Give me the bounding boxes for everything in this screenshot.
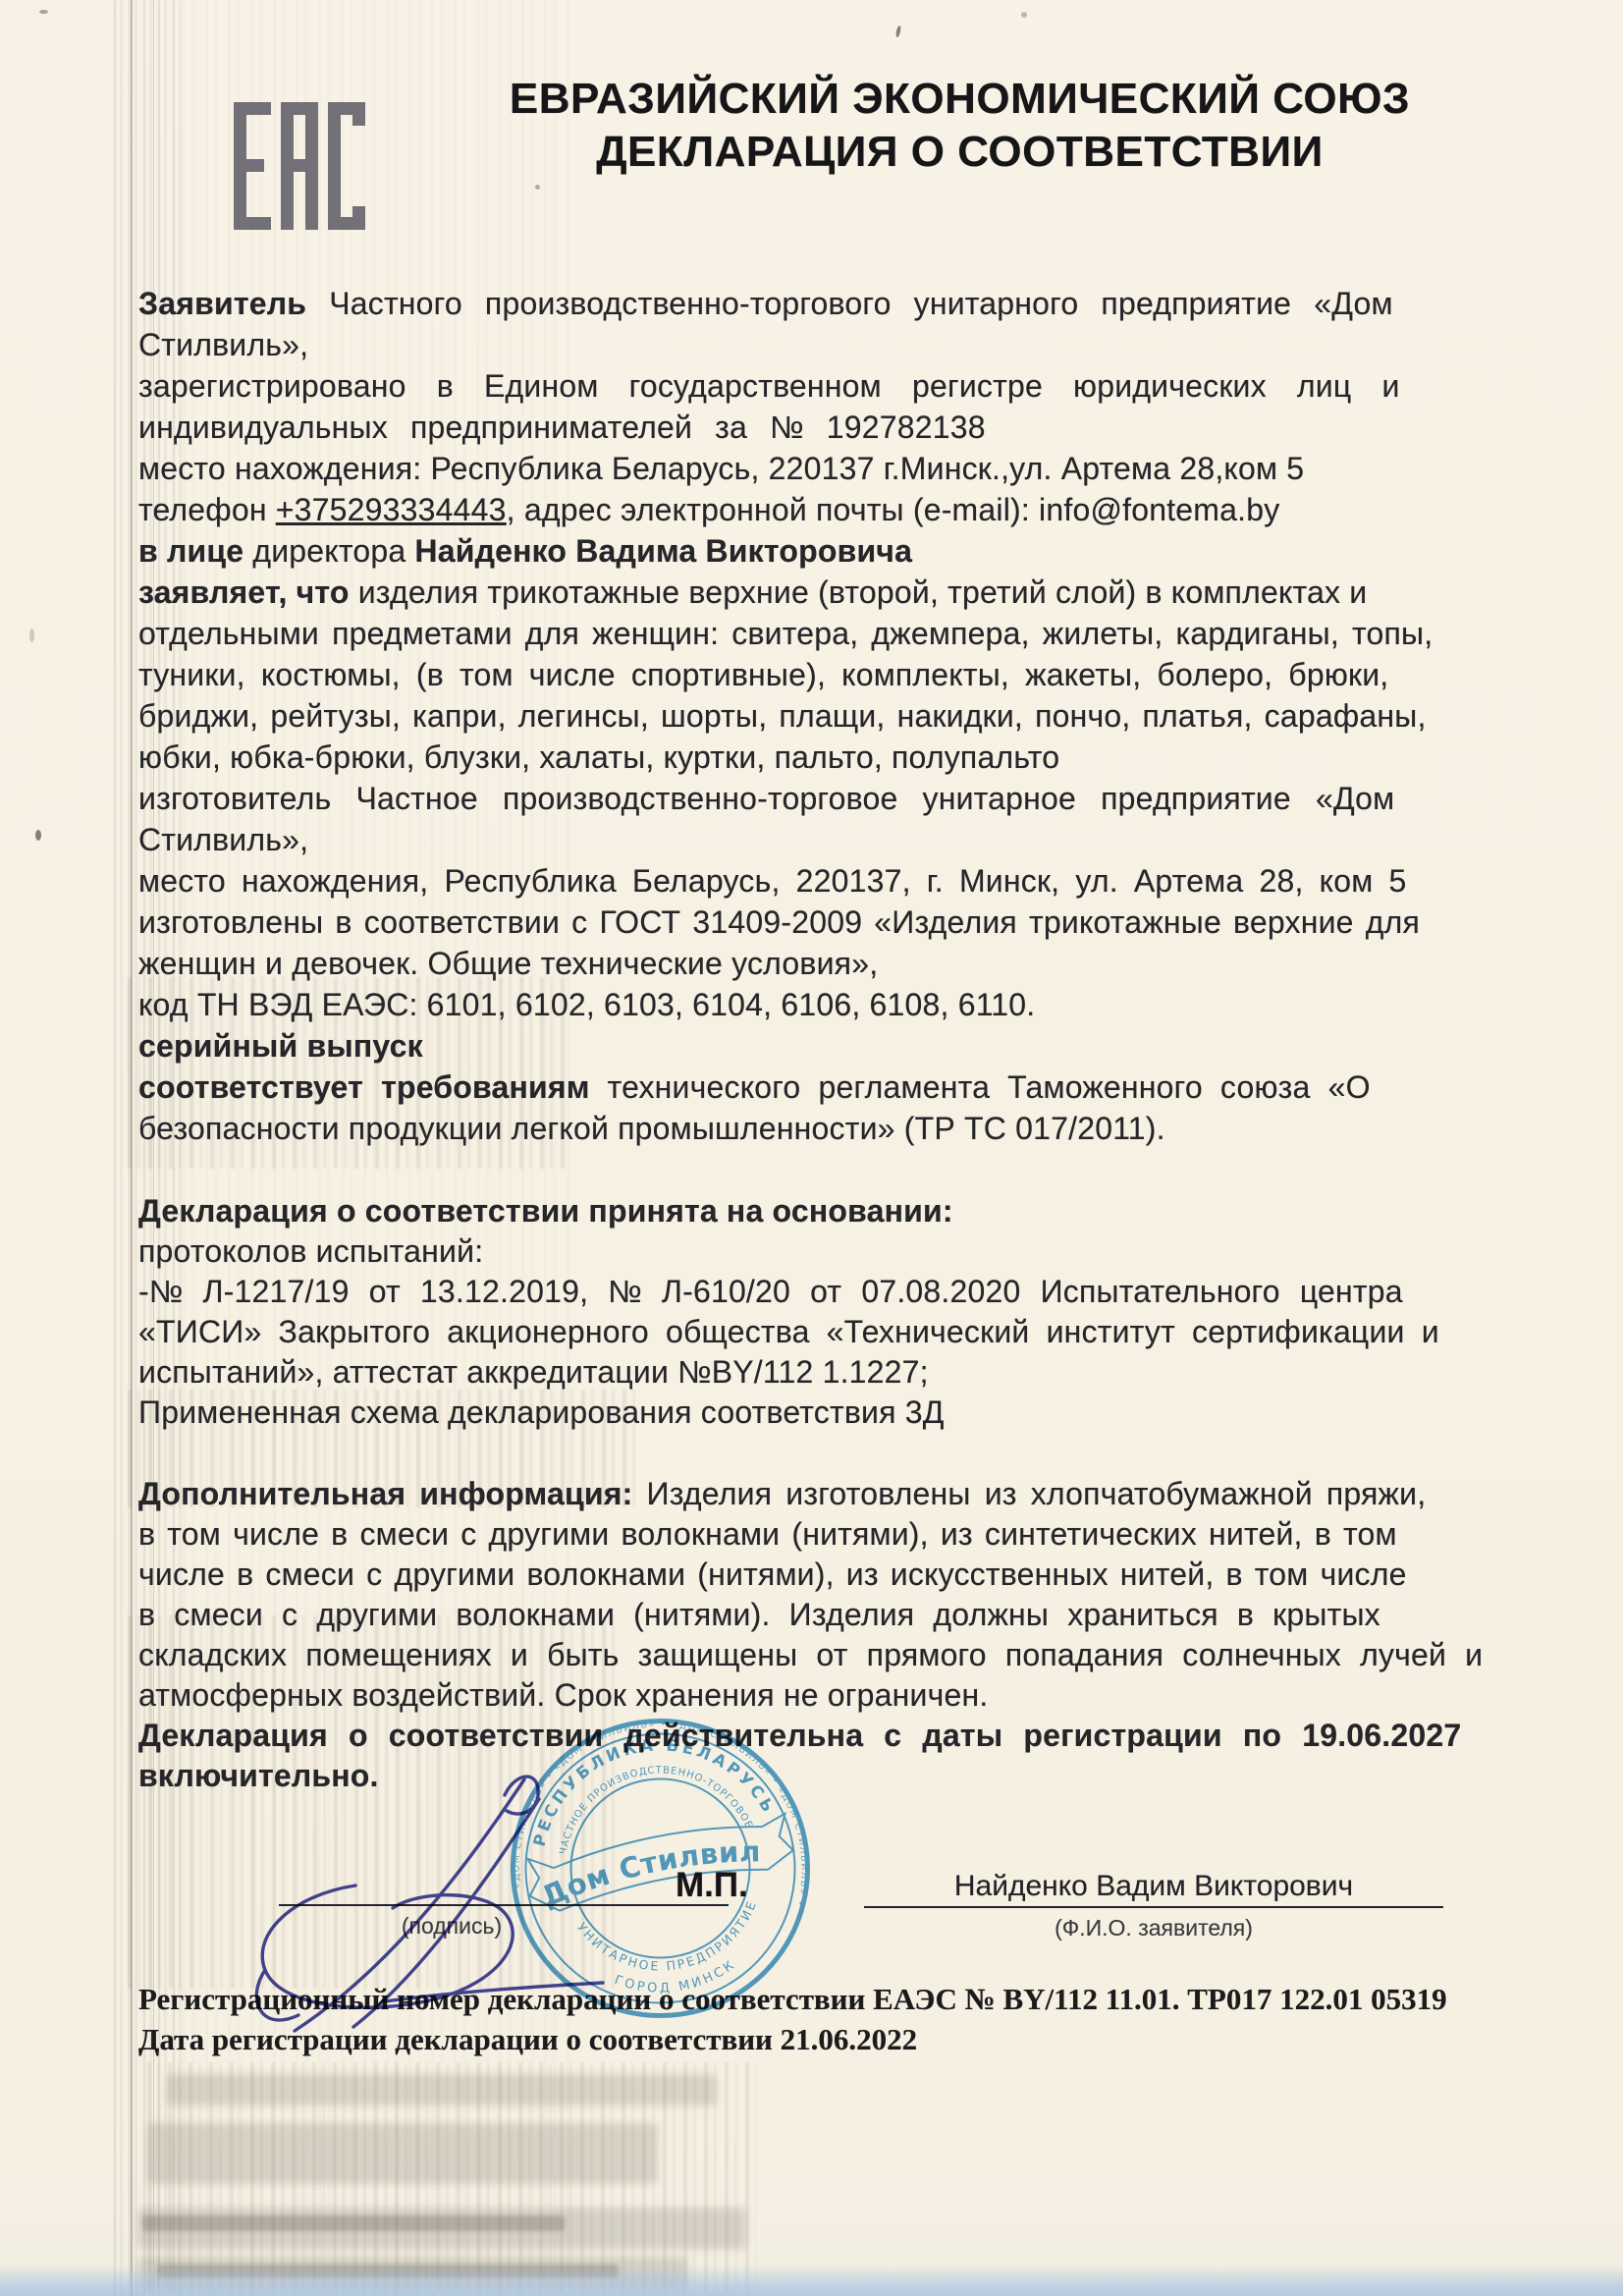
text-segment: в смеси с другими волокнами (нитями). Из… [138,1597,1380,1632]
document-title: ЕВРАЗИЙСКИЙ ЭКОНОМИЧЕСКИЙ СОЮЗ ДЕКЛАРАЦИ… [496,73,1424,179]
text-segment: код ТН ВЭД ЕАЭС: 6101, 6102, 6103, 6104,… [138,987,1035,1022]
bleed-through-smudge [167,2074,717,2105]
text-line: телефон +375293334443, адрес электронной… [138,489,1623,530]
text-segment: заявляет, что [138,574,350,610]
text-segment: изделия трикотажные верхние (второй, тре… [350,574,1368,610]
text-line: складских помещениях и быть защищены от … [138,1635,1623,1675]
text-line: код ТН ВЭД ЕАЭС: 6101, 6102, 6103, 6104,… [138,984,1623,1025]
text-segment: зарегистрировано в Едином государственно… [138,368,1400,404]
text-line: атмосферных воздействий. Срок хранения н… [138,1675,1623,1716]
text-segment: -№ Л-1217/19 от 13.12.2019, № Л-610/20 о… [138,1274,1403,1309]
scan-streak-patch [147,2062,756,2293]
text-segment: Частного производственно-торгового унита… [306,286,1393,321]
text-line: -№ Л-1217/19 от 13.12.2019, № Л-610/20 о… [138,1272,1623,1312]
scan-speck [1021,12,1027,18]
text-line: соответствует требованиям технического р… [138,1066,1623,1108]
fio-label: (Ф.И.О. заявителя) [864,1915,1443,1941]
eac-logo-icon [234,102,365,230]
text-line: «ТИСИ» Закрытого акционерного общества «… [138,1312,1623,1352]
bleed-through-smudge [142,2215,565,2231]
scan-speck [535,185,540,190]
text-segment: испытаний», аттестат аккредитации №BY/11… [138,1354,929,1390]
text-segment: телефон [138,492,276,527]
text-line: Декларация о соответствии действительна … [138,1716,1623,1756]
declaration-basis-text: Декларация о соответствии принята на осн… [138,1191,1623,1433]
text-segment: место нахождения, Республика Беларусь, 2… [138,863,1407,899]
text-line: Заявитель Частного производственно-торго… [138,283,1623,324]
text-segment: изготовитель Частное производственно-тор… [138,781,1394,816]
text-line: Стилвиль», [138,324,1623,365]
title-line-2: ДЕКЛАРАЦИЯ О СООТВЕТСТВИИ [496,126,1424,179]
text-segment: изготовлены в соответствии с ГОСТ 31409-… [138,904,1420,940]
text-line: серийный выпуск [138,1025,1623,1066]
text-line: место нахождения, Республика Беларусь, 2… [138,860,1623,902]
scan-bottom-strip [0,2265,1623,2296]
scan-vertical-line [131,0,133,2296]
text-segment: соответствует требованиям [138,1069,590,1105]
text-line: безопасности продукции легкой промышленн… [138,1108,1623,1149]
additional-info-text: Дополнительная информация: Изделия изгот… [138,1474,1623,1796]
text-segment: технического регламента Таможенного союз… [590,1069,1371,1105]
text-segment: числе в смеси с другими волокнами (нитям… [138,1557,1407,1592]
text-line: испытаний», аттестат аккредитации №BY/11… [138,1352,1623,1393]
text-segment: в лице [138,533,252,569]
text-segment: туники, костюмы, (в том числе спортивные… [138,657,1388,692]
text-segment: серийный выпуск [138,1028,423,1064]
text-segment: Найденко Вадима Викторовича [414,533,912,569]
text-line: туники, костюмы, (в том числе спортивные… [138,654,1623,695]
text-segment: протоколов испытаний: [138,1233,483,1269]
text-line: отдельными предметами для женщин: свитер… [138,613,1623,654]
text-line: зарегистрировано в Едином государственно… [138,365,1623,407]
text-segment: Примененная схема декларирования соответ… [138,1394,945,1430]
text-line: Дополнительная информация: Изделия изгот… [138,1474,1623,1514]
text-line: бриджи, рейтузы, капри, легинсы, шорты, … [138,695,1623,737]
text-segment: Заявитель [138,286,306,321]
text-segment: женщин и девочек. Общие технические усло… [138,946,878,981]
text-segment: Изделия изготовлены из хлопчатобумажной … [632,1476,1426,1511]
text-segment: Стилвиль», [138,327,308,362]
scan-speck [39,10,48,14]
text-line: женщин и девочек. Общие технические усло… [138,943,1623,984]
text-segment: директора [252,533,414,569]
text-segment: юбки, юбка-брюки, блузки, халаты, куртки… [138,739,1059,775]
scan-speck [35,830,41,841]
text-line: изготовитель Частное производственно-тор… [138,778,1623,819]
scanned-declaration-page: ЕВРАЗИЙСКИЙ ЭКОНОМИЧЕСКИЙ СОЮЗ ДЕКЛАРАЦИ… [0,0,1623,2296]
text-segment: складских помещениях и быть защищены от … [138,1637,1483,1672]
fio-line [864,1906,1443,1908]
title-line-1: ЕВРАЗИЙСКИЙ ЭКОНОМИЧЕСКИЙ СОЮЗ [496,73,1424,126]
text-line: Примененная схема декларирования соответ… [138,1393,1623,1433]
text-segment: безопасности продукции легкой промышленн… [138,1111,1165,1146]
bleed-through-smudge [147,2123,658,2184]
scan-speck [895,26,901,38]
text-segment: Дополнительная информация: [138,1476,632,1511]
text-line: в лице директора Найденко Вадима Викторо… [138,530,1623,572]
text-line: место нахождения: Республика Беларусь, 2… [138,448,1623,489]
text-segment: «ТИСИ» Закрытого акционерного общества «… [138,1314,1439,1349]
declaration-main-text: Заявитель Частного производственно-торго… [138,283,1623,1149]
text-segment: место нахождения: Республика Беларусь, 2… [138,451,1304,486]
text-segment: , адрес электронной почты (e-mail): info… [507,492,1280,527]
text-segment: индивидуальных предпринимателей за № 192… [138,410,986,445]
text-line: в том числе в смеси с другими волокнами … [138,1514,1623,1555]
mp-label: М.П. [676,1866,748,1905]
applicant-name: Найденко Вадим Викторович [864,1870,1443,1903]
text-segment: бриджи, рейтузы, капри, легинсы, шорты, … [138,698,1427,734]
handwritten-signature-icon [238,1766,660,2050]
text-line: изготовлены в соответствии с ГОСТ 31409-… [138,902,1623,943]
text-line: заявляет, что изделия трикотажные верхни… [138,572,1623,613]
text-line: Декларация о соответствии принята на осн… [138,1191,1623,1231]
text-segment: Стилвиль», [138,822,308,857]
bleed-through-smudge [137,2208,746,2249]
text-line: в смеси с другими волокнами (нитями). Из… [138,1595,1623,1635]
text-line: числе в смеси с другими волокнами (нитям… [138,1555,1623,1595]
text-segment: Декларация о соответствии принята на осн… [138,1193,953,1229]
text-segment: в том числе в смеси с другими волокнами … [138,1516,1397,1552]
text-line: Стилвиль», [138,819,1623,860]
text-line: юбки, юбка-брюки, блузки, халаты, куртки… [138,737,1623,778]
text-segment: +375293334443 [276,492,507,527]
text-segment: отдельными предметами для женщин: свитер… [138,616,1433,651]
scan-speck [29,629,34,642]
text-line: индивидуальных предпринимателей за № 192… [138,407,1623,448]
text-line: протоколов испытаний: [138,1231,1623,1272]
